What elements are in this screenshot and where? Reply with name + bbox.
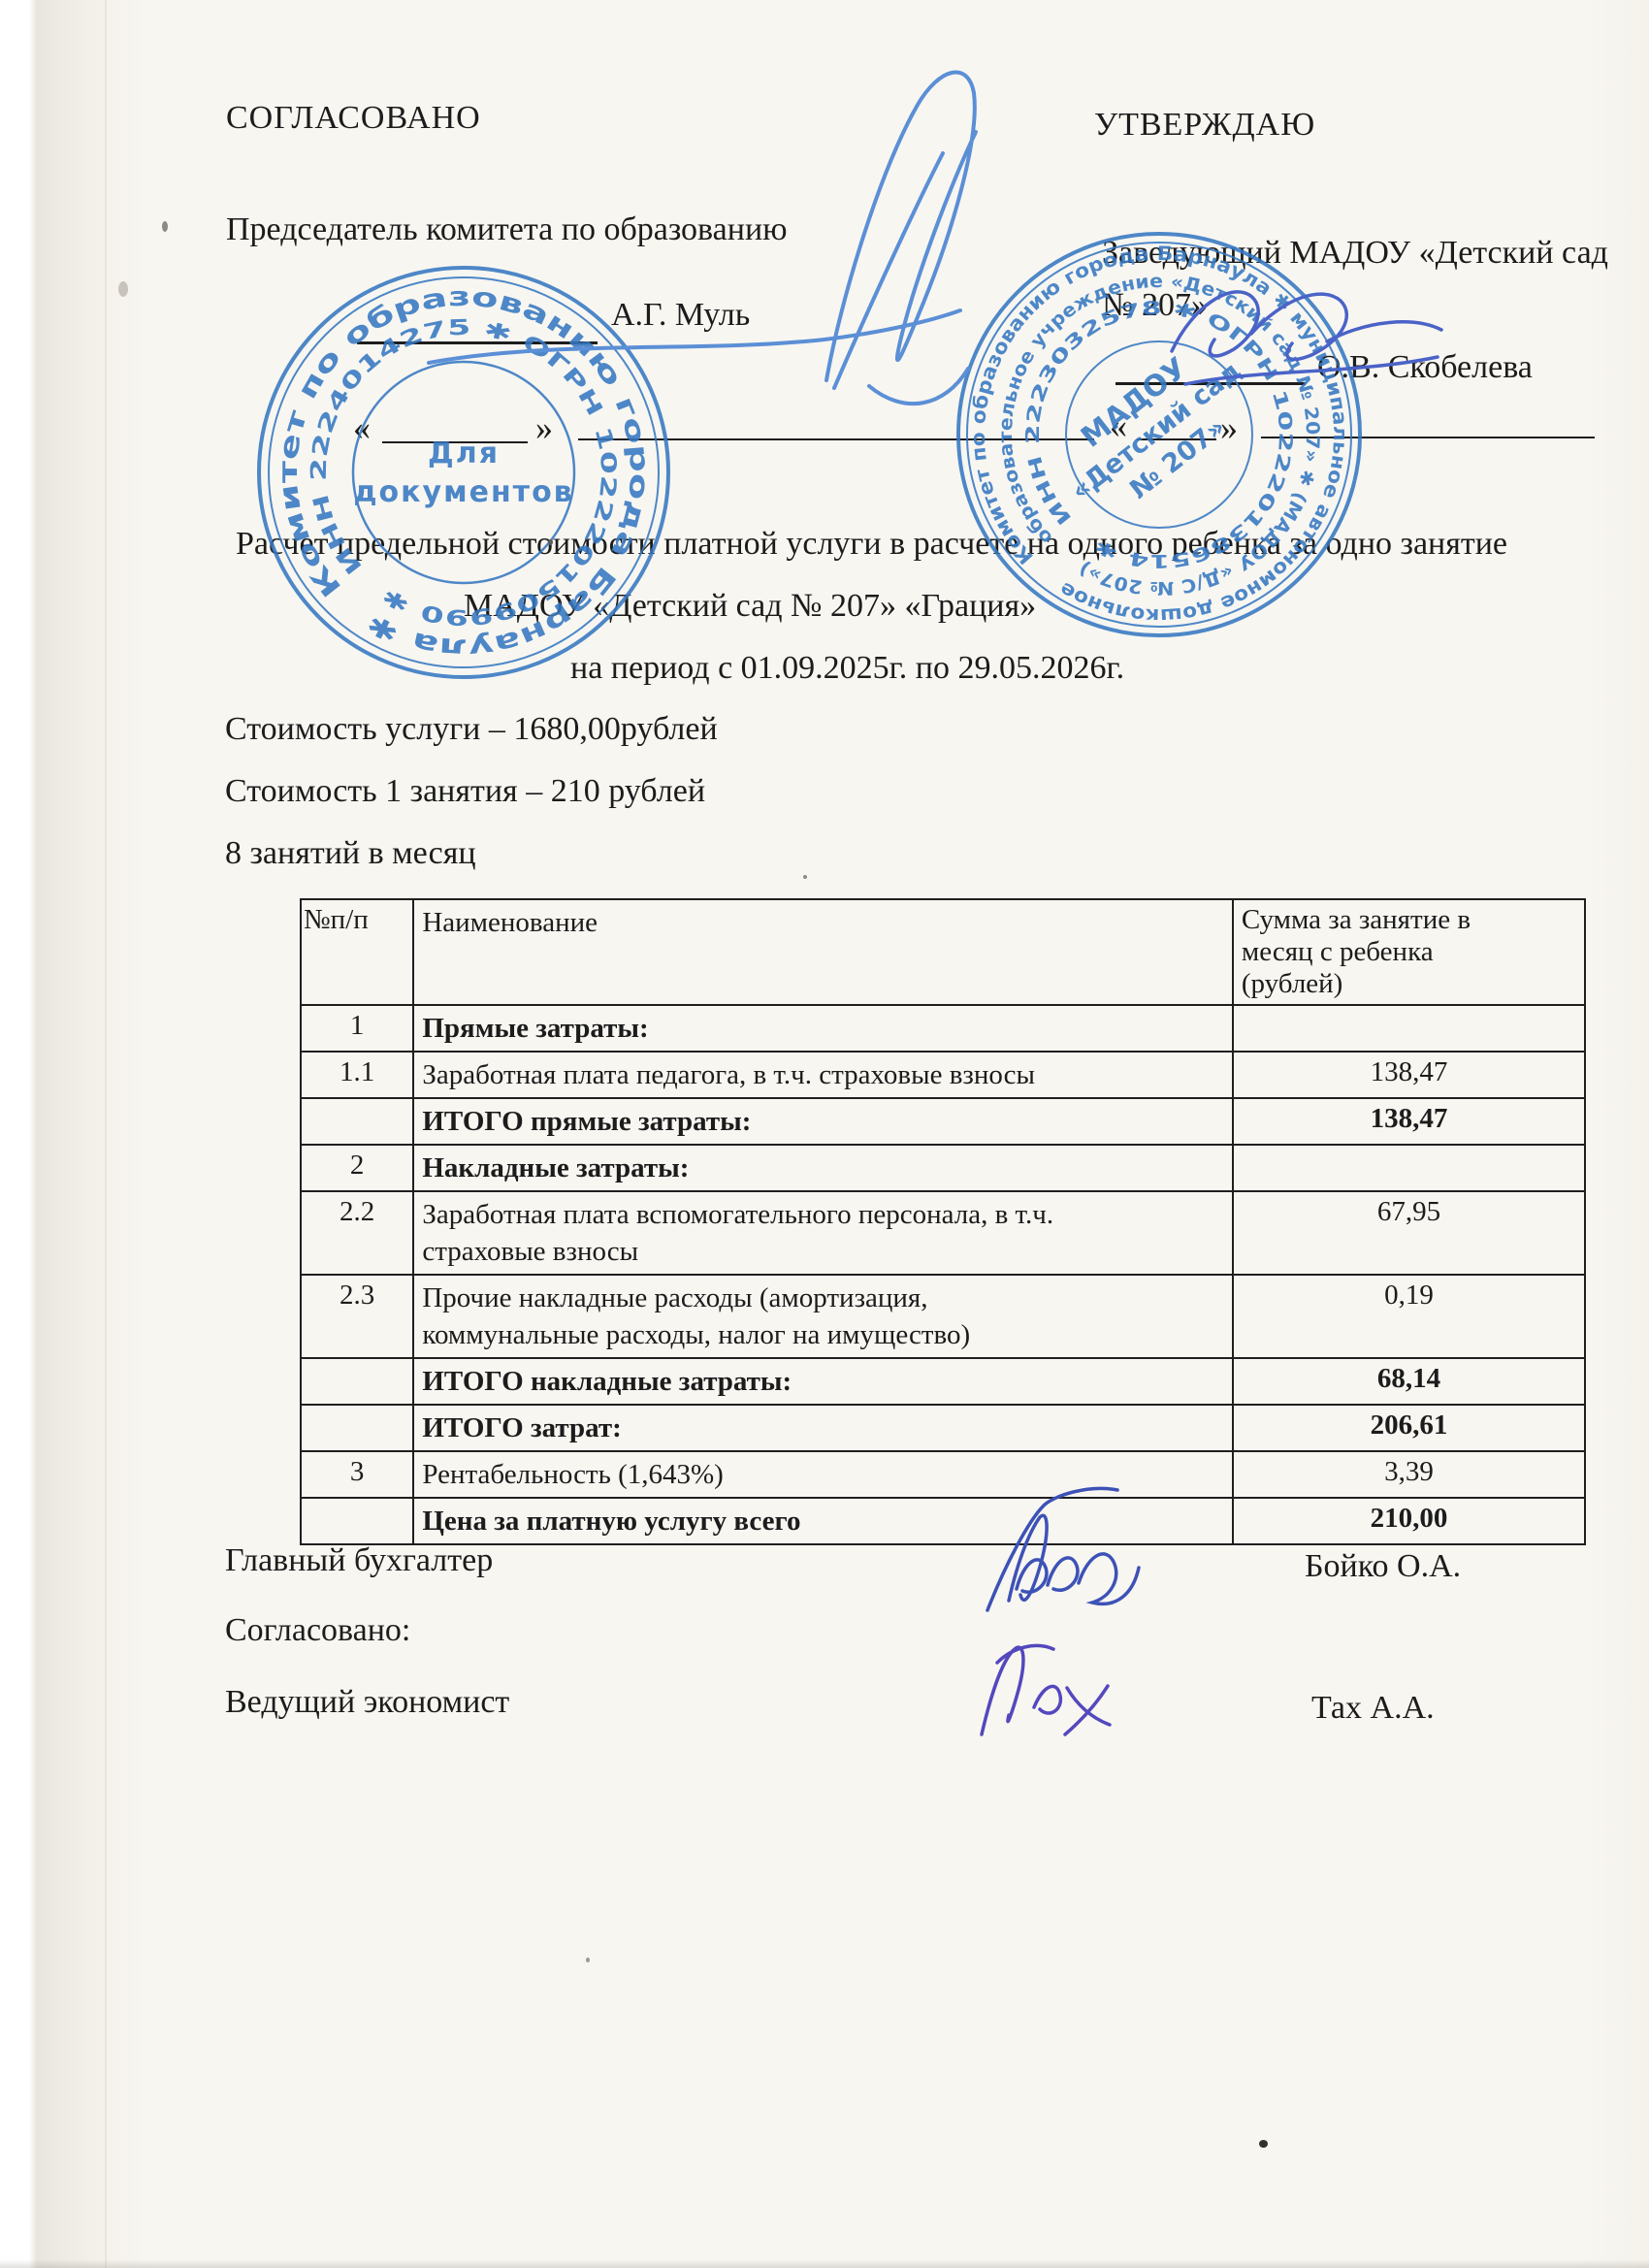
row-value <box>1233 1005 1585 1052</box>
approved-date-quote-open: « <box>1110 405 1127 446</box>
table-row: 2.3 Прочие накладные расходы (амортизаци… <box>301 1275 1585 1358</box>
row-name: ИТОГО затрат: <box>413 1405 1233 1451</box>
agreed-signature-line <box>357 341 598 344</box>
approved-date-quote-close: » <box>1220 407 1238 448</box>
row-name: Заработная плата педагога, в т.ч. страхо… <box>413 1052 1233 1098</box>
cost-table-header-row: №п/п Наименование Сумма за занятие в мес… <box>301 899 1585 1005</box>
agreed-heading: СОГЛАСОВАНО <box>226 100 481 137</box>
row-name: Прямые затраты: <box>413 1005 1233 1052</box>
scan-speck <box>548 539 553 545</box>
row-num: 3 <box>301 1451 413 1498</box>
document-title: Расчет предельной стоимости платной услу… <box>236 526 1507 563</box>
row-num: 1.1 <box>301 1052 413 1098</box>
table-row: Цена за платную услугу всего 210,00 <box>301 1498 1585 1544</box>
lessons-per-month-line: 8 занятий в месяц <box>225 835 476 872</box>
row-num <box>301 1498 413 1544</box>
table-row: 2 Накладные затраты: <box>301 1145 1585 1191</box>
row-num <box>301 1098 413 1145</box>
row-num <box>301 1405 413 1451</box>
cost-table: №п/п Наименование Сумма за занятие в мес… <box>300 898 1586 1545</box>
row-value: 138,47 <box>1233 1052 1585 1098</box>
table-row: ИТОГО прямые затраты: 138,47 <box>301 1098 1585 1145</box>
approved-signature-line <box>1115 382 1306 385</box>
service-cost-line: Стоимость услуги – 1680,00рублей <box>225 711 718 748</box>
row-value: 3,39 <box>1233 1451 1585 1498</box>
document-subtitle-period: на период с 01.09.2025г. по 29.05.2026г. <box>570 650 1124 687</box>
agreed-label: Согласовано: <box>225 1612 410 1649</box>
scan-speck <box>118 281 128 297</box>
approved-heading: УТВЕРЖДАЮ <box>1094 107 1315 144</box>
row-value: 138,47 <box>1233 1098 1585 1145</box>
document-subtitle-org: МАДОУ «Детский сад № 207» «Грация» <box>464 588 1036 625</box>
stamp-center-text-line2: документов <box>353 475 573 509</box>
approved-date-line <box>1261 437 1595 438</box>
row-name: Заработная плата вспомогательного персон… <box>413 1191 1233 1275</box>
approved-signer-name: О.В. Скобелева <box>1317 349 1533 386</box>
row-name: ИТОГО накладные затраты: <box>413 1358 1233 1405</box>
table-row: 3 Рентабельность (1,643%) 3,39 <box>301 1451 1585 1498</box>
scan-speck <box>162 221 168 232</box>
scan-crease-line <box>105 0 107 2268</box>
row-value: 210,00 <box>1233 1498 1585 1544</box>
lesson-cost-line: Стоимость 1 занятия – 210 рублей <box>225 773 705 810</box>
approved-role: Заведующий МАДОУ «Детский сад № 207» <box>1102 227 1608 332</box>
table-row: 1.1 Заработная плата педагога, в т.ч. ст… <box>301 1052 1585 1098</box>
scan-speck <box>586 1958 590 1962</box>
row-value: 67,95 <box>1233 1191 1585 1275</box>
row-name: ИТОГО прямые затраты: <box>413 1098 1233 1145</box>
row-value <box>1233 1145 1585 1191</box>
economist-name: Тах А.А. <box>1311 1690 1435 1727</box>
accountant-name: Бойко О.А. <box>1305 1548 1461 1585</box>
scan-speck <box>1259 2140 1268 2148</box>
agreed-signer-name: А.Г. Муль <box>611 297 750 334</box>
row-value: 68,14 <box>1233 1358 1585 1405</box>
col-header-num: №п/п <box>301 899 413 1005</box>
scanned-document-page: СОГЛАСОВАНО Председатель комитета по обр… <box>0 0 1649 2268</box>
table-row: ИТОГО затрат: 206,61 <box>301 1405 1585 1451</box>
table-row: 1 Прямые затраты: <box>301 1005 1585 1052</box>
row-num: 2.2 <box>301 1191 413 1275</box>
stamp-center-text-line3: № 207» <box>1124 412 1231 505</box>
agreed-date-line <box>578 438 1094 440</box>
row-name: Накладные затраты: <box>413 1145 1233 1191</box>
agreed-role: Председатель комитета по образованию <box>226 211 788 248</box>
row-num <box>301 1358 413 1405</box>
row-value: 0,19 <box>1233 1275 1585 1358</box>
economist-role: Ведущий экономист <box>225 1684 509 1721</box>
row-num: 2.3 <box>301 1275 413 1358</box>
agreed-date-blank <box>382 441 528 443</box>
approved-date-blank <box>1137 438 1216 440</box>
row-name: Цена за платную услугу всего <box>413 1498 1233 1544</box>
row-name: Прочие накладные расходы (амортизация, к… <box>413 1275 1233 1358</box>
agreed-date-quote-open: « <box>353 407 371 448</box>
agreed-date-quote-close: » <box>535 407 553 448</box>
scan-speck <box>803 875 807 879</box>
row-name: Рентабельность (1,643%) <box>413 1451 1233 1498</box>
table-row: 2.2 Заработная плата вспомогательного пе… <box>301 1191 1585 1275</box>
stamp-inner-ring-text: ИНН 2224014275 ✱ ОГРН 1022201509990 ✱ <box>307 316 621 630</box>
economist-signature <box>982 1645 1110 1734</box>
table-row: ИТОГО накладные затраты: 68,14 <box>301 1358 1585 1405</box>
row-value: 206,61 <box>1233 1405 1585 1451</box>
row-num: 2 <box>301 1145 413 1191</box>
accountant-role: Главный бухгалтер <box>225 1542 493 1579</box>
scan-bottom-edge <box>0 2259 1649 2268</box>
col-header-name: Наименование <box>413 899 1233 1005</box>
col-header-sum: Сумма за занятие в месяц с ребенка (рубл… <box>1233 899 1585 1005</box>
row-num: 1 <box>301 1005 413 1052</box>
